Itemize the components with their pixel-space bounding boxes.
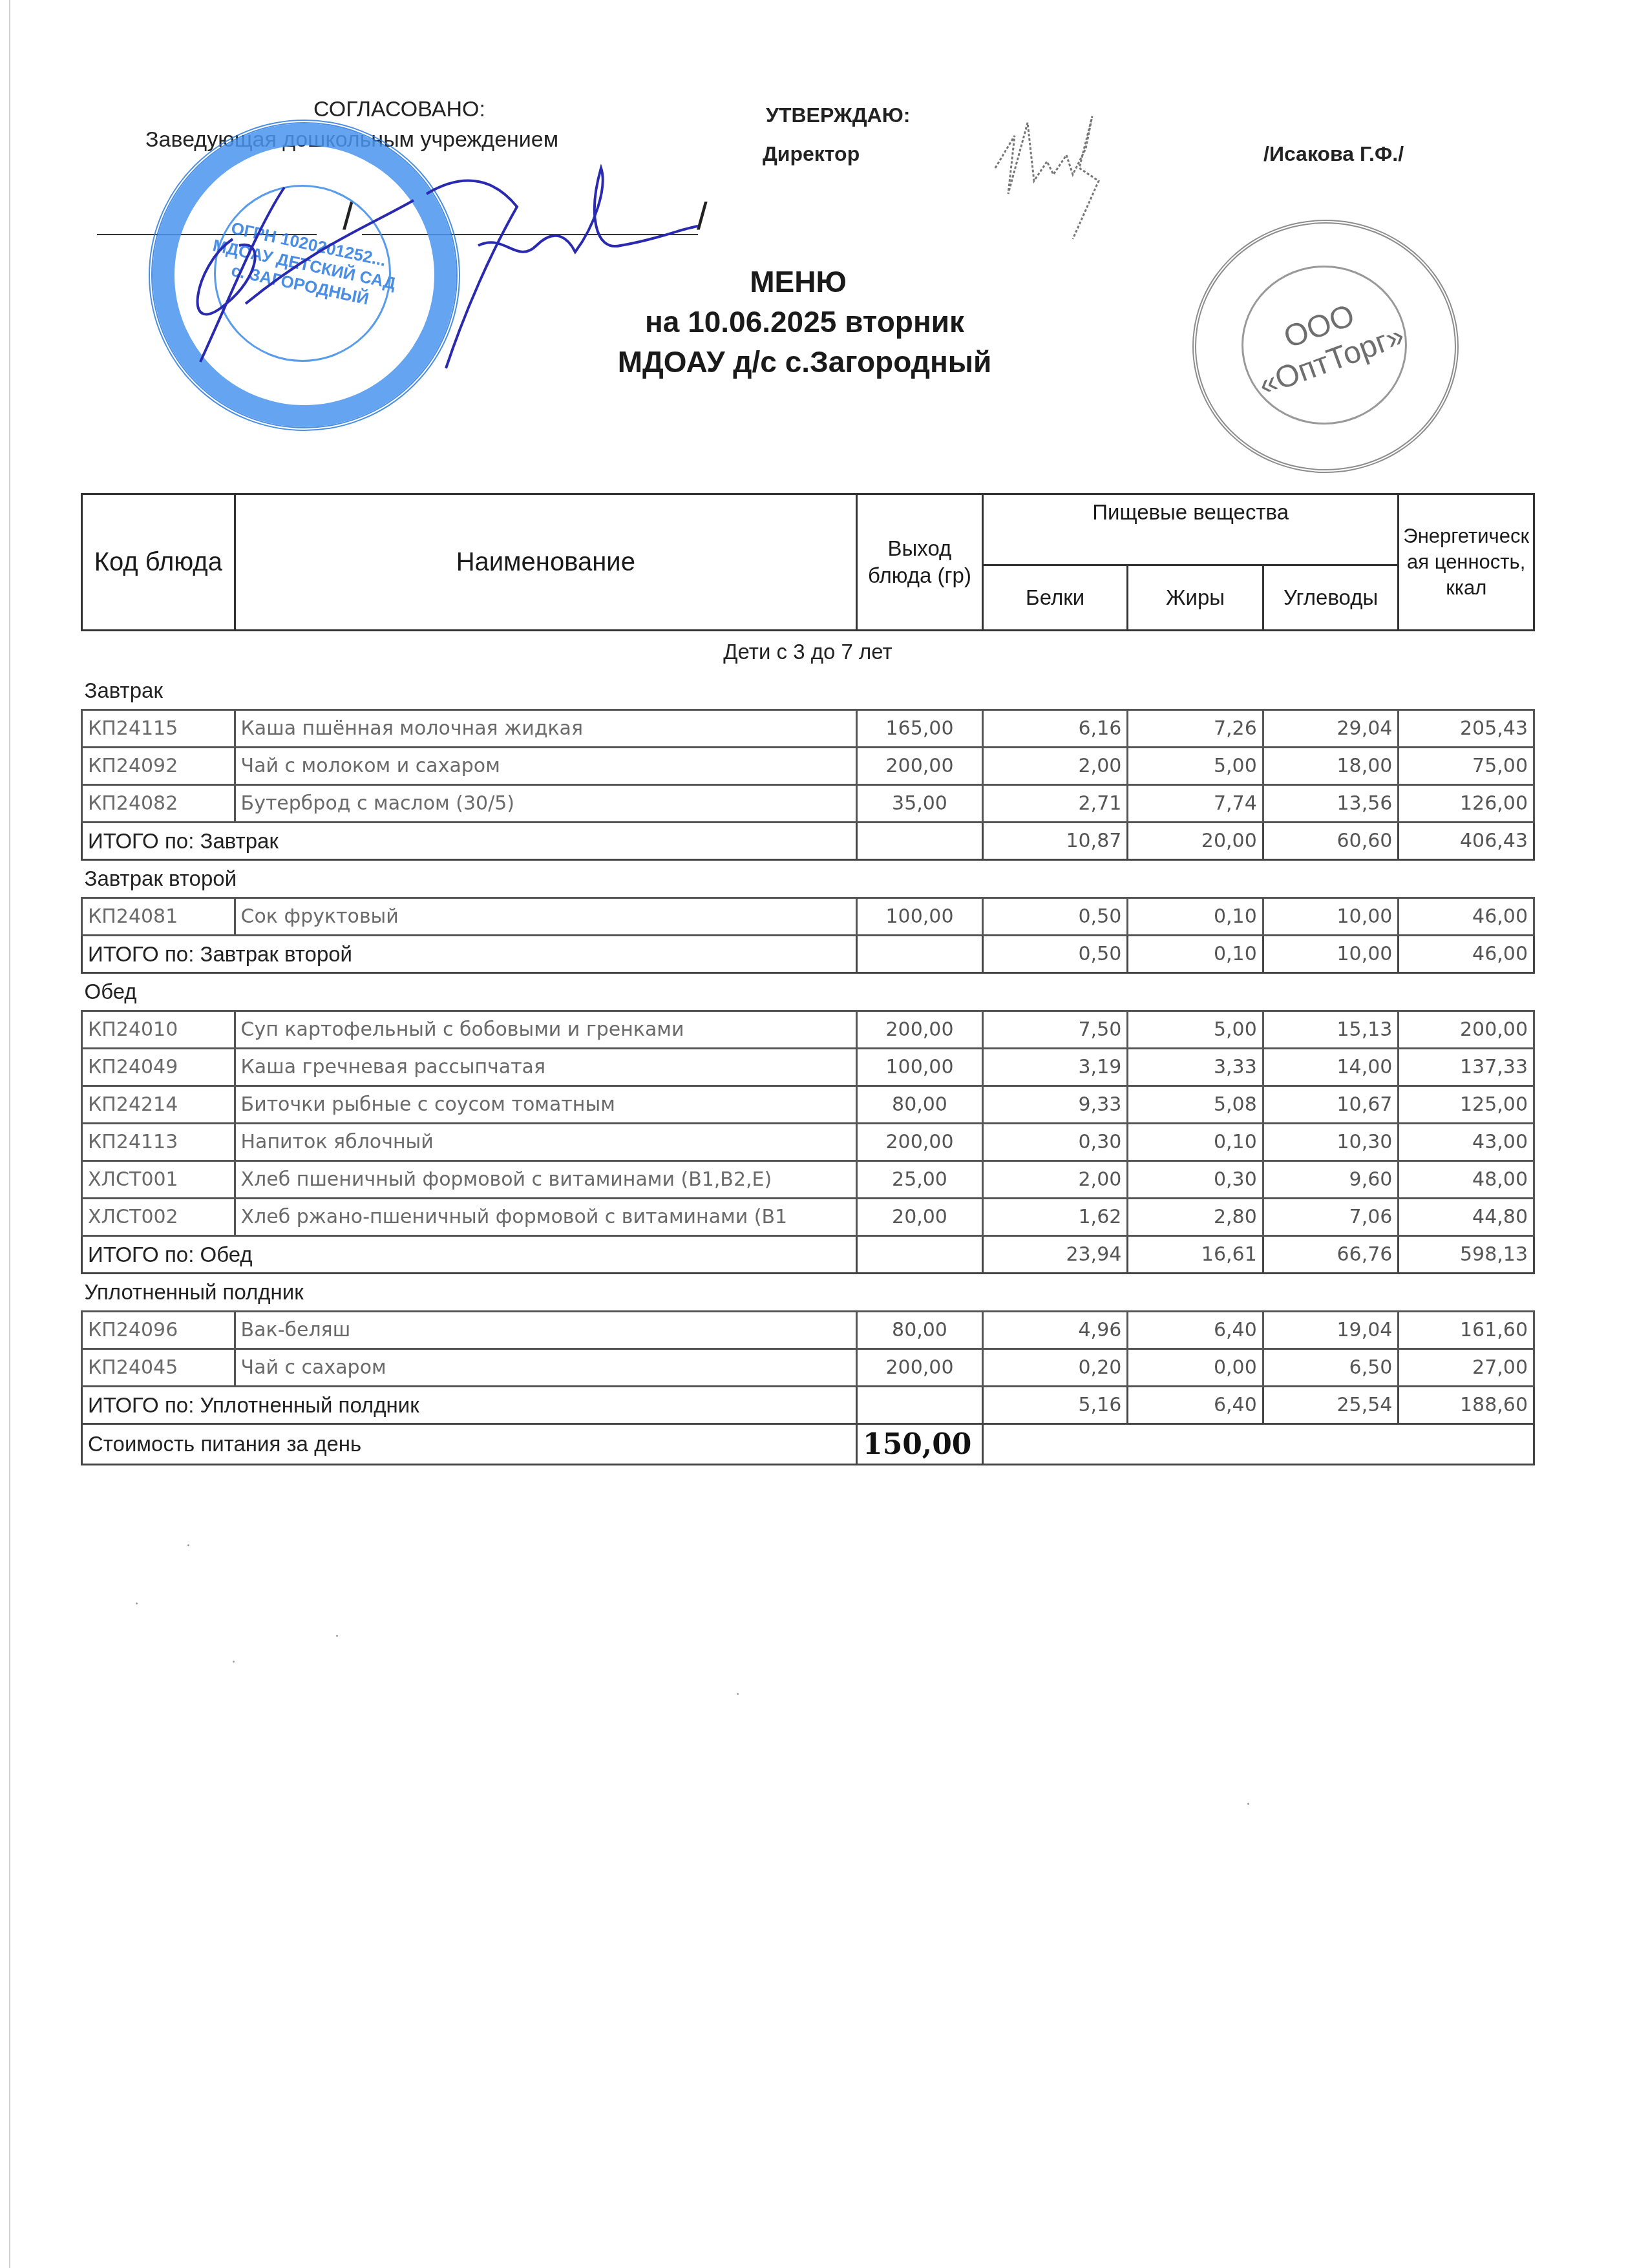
dish-fat: 7,74 (1128, 785, 1263, 823)
dish-carbs: 10,00 (1263, 898, 1399, 936)
header-protein: Белки (982, 565, 1127, 631)
dish-name: Каша гречневая рассыпчатая (235, 1049, 856, 1086)
menu-item-row: КП24096Вак-беляш80,004,966,4019,04161,60 (82, 1312, 1534, 1349)
dish-code: КП24115 (82, 710, 235, 748)
dish-name: Сок фруктовый (235, 898, 856, 936)
section-title: Обед (82, 973, 1534, 1011)
title-date: на 10.06.2025 вторник (0, 302, 1648, 342)
header-fat: Жиры (1128, 565, 1263, 631)
menu-item-row: КП24214Биточки рыбные с соусом томатным8… (82, 1086, 1534, 1124)
approve-name: /Исакова Г.Ф./ (1263, 142, 1404, 166)
section-header-row: Завтрак второй (82, 860, 1534, 898)
age-group-label: Дети с 3 до 7 лет (82, 631, 1534, 673)
menu-item-row: КП24092Чай с молоком и сахаром200,002,00… (82, 748, 1534, 785)
dish-name: Бутерброд с маслом (30/5) (235, 785, 856, 823)
dish-protein: 0,20 (982, 1349, 1127, 1387)
dish-yield: 200,00 (857, 1011, 983, 1049)
dish-protein: 9,33 (982, 1086, 1127, 1124)
section-title: Уплотненный полдник (82, 1274, 1534, 1312)
dish-fat: 0,30 (1128, 1161, 1263, 1199)
menu-item-row: КП24081Сок фруктовый100,000,500,1010,004… (82, 898, 1534, 936)
menu-item-row: КП24049Каша гречневая рассыпчатая100,003… (82, 1049, 1534, 1086)
dish-name: Хлеб пшеничный формовой с витаминами (B1… (235, 1161, 856, 1199)
dish-fat: 3,33 (1128, 1049, 1263, 1086)
dish-kcal: 125,00 (1399, 1086, 1534, 1124)
header-nutrients: Пищевые вещества (982, 494, 1398, 565)
total-yield-empty (857, 1387, 983, 1424)
menu-item-row: ХЛСТ002Хлеб ржано-пшеничный формовой с в… (82, 1199, 1534, 1236)
total-protein: 0,50 (982, 936, 1127, 973)
dish-protein: 2,00 (982, 1161, 1127, 1199)
dish-carbs: 14,00 (1263, 1049, 1399, 1086)
dish-kcal: 205,43 (1399, 710, 1534, 748)
dish-protein: 0,50 (982, 898, 1127, 936)
dish-fat: 7,26 (1128, 710, 1263, 748)
scan-speck (187, 1544, 189, 1546)
dish-protein: 4,96 (982, 1312, 1127, 1349)
cost-label: Стоимость питания за день (82, 1424, 857, 1465)
total-protein: 5,16 (982, 1387, 1127, 1424)
dish-carbs: 13,56 (1263, 785, 1399, 823)
menu-item-row: КП24010Суп картофельный с бобовыми и гре… (82, 1011, 1534, 1049)
section-header-row: Завтрак (82, 673, 1534, 710)
dish-fat: 5,08 (1128, 1086, 1263, 1124)
dish-fat: 2,80 (1128, 1199, 1263, 1236)
dish-yield: 100,00 (857, 898, 983, 936)
header-carbs: Углеводы (1263, 565, 1399, 631)
dish-carbs: 9,60 (1263, 1161, 1399, 1199)
dish-name: Вак-беляш (235, 1312, 856, 1349)
header-energy: Энергетическая ценность, ккал (1399, 494, 1534, 631)
dish-code: КП24082 (82, 785, 235, 823)
dish-carbs: 10,67 (1263, 1086, 1399, 1124)
dish-carbs: 10,30 (1263, 1124, 1399, 1161)
dish-yield: 80,00 (857, 1312, 983, 1349)
menu-table: Код блюда Наименование Выход блюда (гр) … (81, 493, 1535, 1465)
total-label: ИТОГО по: Обед (82, 1236, 857, 1274)
dish-yield: 35,00 (857, 785, 983, 823)
section-total-row: ИТОГО по: Уплотненный полдник5,166,4025,… (82, 1387, 1534, 1424)
menu-item-row: КП24113Напиток яблочный200,000,300,1010,… (82, 1124, 1534, 1161)
header-name: Наименование (235, 494, 856, 631)
total-protein: 23,94 (982, 1236, 1127, 1274)
section-header-row: Обед (82, 973, 1534, 1011)
section-header-row: Уплотненный полдник (82, 1274, 1534, 1312)
dish-name: Биточки рыбные с соусом томатным (235, 1086, 856, 1124)
dish-fat: 5,00 (1128, 1011, 1263, 1049)
dish-protein: 2,00 (982, 748, 1127, 785)
dish-kcal: 27,00 (1399, 1349, 1534, 1387)
dish-yield: 100,00 (857, 1049, 983, 1086)
header-code: Код блюда (82, 494, 235, 631)
section-total-row: ИТОГО по: Обед23,9416,6166,76598,13 (82, 1236, 1534, 1274)
dish-fat: 5,00 (1128, 748, 1263, 785)
total-carbs: 10,00 (1263, 936, 1399, 973)
dish-kcal: 126,00 (1399, 785, 1534, 823)
total-kcal: 188,60 (1399, 1387, 1534, 1424)
dish-kcal: 75,00 (1399, 748, 1534, 785)
dish-yield: 200,00 (857, 1124, 983, 1161)
total-yield-empty (857, 936, 983, 973)
dish-name: Напиток яблочный (235, 1124, 856, 1161)
dish-kcal: 200,00 (1399, 1011, 1534, 1049)
dish-protein: 6,16 (982, 710, 1127, 748)
cost-row: Стоимость питания за день 150,00 (82, 1424, 1534, 1465)
total-kcal: 598,13 (1399, 1236, 1534, 1274)
dish-carbs: 7,06 (1263, 1199, 1399, 1236)
total-carbs: 25,54 (1263, 1387, 1399, 1424)
total-fat: 0,10 (1128, 936, 1263, 973)
dish-fat: 0,00 (1128, 1349, 1263, 1387)
cost-empty-cell (982, 1424, 1534, 1465)
total-yield-empty (857, 823, 983, 860)
scan-speck (233, 1661, 235, 1663)
scan-speck (336, 1635, 338, 1637)
total-carbs: 66,76 (1263, 1236, 1399, 1274)
dish-carbs: 29,04 (1263, 710, 1399, 748)
cost-value: 150,00 (857, 1424, 983, 1465)
approve-position: Директор (763, 142, 860, 166)
menu-item-row: ХЛСТ001Хлеб пшеничный формовой с витамин… (82, 1161, 1534, 1199)
total-kcal: 46,00 (1399, 936, 1534, 973)
total-fat: 20,00 (1128, 823, 1263, 860)
dish-yield: 25,00 (857, 1161, 983, 1199)
dish-protein: 3,19 (982, 1049, 1127, 1086)
dish-name: Чай с молоком и сахаром (235, 748, 856, 785)
signature-approved-icon (989, 110, 1196, 252)
dish-kcal: 46,00 (1399, 898, 1534, 936)
dish-code: КП24092 (82, 748, 235, 785)
total-label: ИТОГО по: Завтрак второй (82, 936, 857, 973)
dish-protein: 7,50 (982, 1011, 1127, 1049)
menu-item-row: КП24082Бутерброд с маслом (30/5)35,002,7… (82, 785, 1534, 823)
dish-carbs: 15,13 (1263, 1011, 1399, 1049)
dish-name: Каша пшённая молочная жидкая (235, 710, 856, 748)
dish-kcal: 48,00 (1399, 1161, 1534, 1199)
dish-code: КП24049 (82, 1049, 235, 1086)
dish-kcal: 44,80 (1399, 1199, 1534, 1236)
dish-carbs: 18,00 (1263, 748, 1399, 785)
dish-name: Суп картофельный с бобовыми и гренками (235, 1011, 856, 1049)
dish-code: КП24214 (82, 1086, 235, 1124)
dish-kcal: 137,33 (1399, 1049, 1534, 1086)
total-carbs: 60,60 (1263, 823, 1399, 860)
scan-speck (136, 1602, 138, 1604)
dish-kcal: 161,60 (1399, 1312, 1534, 1349)
dish-yield: 200,00 (857, 748, 983, 785)
dish-carbs: 19,04 (1263, 1312, 1399, 1349)
total-kcal: 406,43 (1399, 823, 1534, 860)
dish-code: ХЛСТ002 (82, 1199, 235, 1236)
title-institution: МДОАУ д/с с.Загородный (0, 342, 1648, 382)
total-protein: 10,87 (982, 823, 1127, 860)
menu-item-row: КП24045Чай с сахаром200,000,200,006,5027… (82, 1349, 1534, 1387)
section-title: Завтрак (82, 673, 1534, 710)
total-yield-empty (857, 1236, 983, 1274)
dish-fat: 0,10 (1128, 898, 1263, 936)
dish-protein: 1,62 (982, 1199, 1127, 1236)
scan-speck (737, 1693, 739, 1695)
dish-yield: 165,00 (857, 710, 983, 748)
dish-protein: 2,71 (982, 785, 1127, 823)
section-title: Завтрак второй (82, 860, 1534, 898)
dish-yield: 20,00 (857, 1199, 983, 1236)
dish-name: Чай с сахаром (235, 1349, 856, 1387)
dish-code: КП24010 (82, 1011, 235, 1049)
dish-code: КП24045 (82, 1349, 235, 1387)
total-fat: 16,61 (1128, 1236, 1263, 1274)
total-fat: 6,40 (1128, 1387, 1263, 1424)
dish-kcal: 43,00 (1399, 1124, 1534, 1161)
section-total-row: ИТОГО по: Завтрак10,8720,0060,60406,43 (82, 823, 1534, 860)
dish-fat: 0,10 (1128, 1124, 1263, 1161)
total-label: ИТОГО по: Завтрак (82, 823, 857, 860)
dish-name: Хлеб ржано-пшеничный формовой с витамина… (235, 1199, 856, 1236)
dish-carbs: 6,50 (1263, 1349, 1399, 1387)
dish-yield: 80,00 (857, 1086, 983, 1124)
section-total-row: ИТОГО по: Завтрак второй0,500,1010,0046,… (82, 936, 1534, 973)
menu-item-row: КП24115Каша пшённая молочная жидкая165,0… (82, 710, 1534, 748)
dish-code: КП24113 (82, 1124, 235, 1161)
document-title: МЕНЮ на 10.06.2025 вторник МДОАУ д/с с.З… (0, 262, 1648, 382)
dish-code: КП24081 (82, 898, 235, 936)
header-yield: Выход блюда (гр) (857, 494, 983, 631)
title-heading: МЕНЮ (0, 262, 1648, 302)
total-label: ИТОГО по: Уплотненный полдник (82, 1387, 857, 1424)
agreed-label: СОГЛАСОВАНО: (313, 97, 485, 122)
dish-yield: 200,00 (857, 1349, 983, 1387)
dish-protein: 0,30 (982, 1124, 1127, 1161)
dish-fat: 6,40 (1128, 1312, 1263, 1349)
scan-speck (1247, 1803, 1249, 1805)
dish-code: КП24096 (82, 1312, 235, 1349)
approve-label: УТВЕРЖДАЮ: (766, 103, 910, 127)
dish-code: ХЛСТ001 (82, 1161, 235, 1199)
